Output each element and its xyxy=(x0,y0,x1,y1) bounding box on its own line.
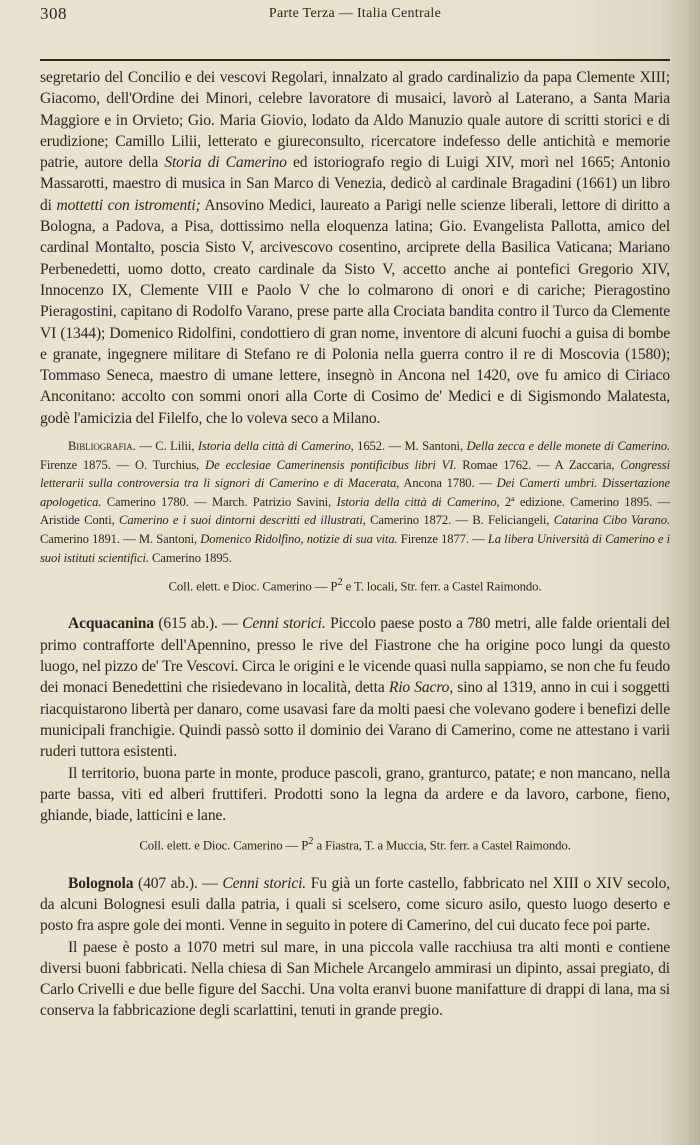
bibliography-label: Bibliografia. xyxy=(68,439,136,453)
spacer xyxy=(40,595,670,613)
electoral-info-camerino: Coll. elett. e Dioc. Camerino — P2 e T. … xyxy=(40,574,670,595)
text-run: Camerino 1891. — M. Santoni, xyxy=(40,532,200,546)
entry-acquacanina: Acquacanina (615 ab.). — Cenni storici. … xyxy=(40,613,670,762)
text-run: e T. locali, Str. ferr. a Castel Raimond… xyxy=(343,579,542,593)
citation-title: Istoria della città di Camerino xyxy=(336,495,496,509)
text-run: Coll. elett. e Dioc. Camerino — P xyxy=(139,839,308,853)
text-run: Camerino 1895. xyxy=(149,551,232,565)
bibliography: Bibliografia. — C. Lilii, Istoria della … xyxy=(40,437,670,567)
entry-heading: Acquacanina xyxy=(68,615,154,632)
section-label: Cenni storici. xyxy=(222,875,306,892)
text-run: Romae 1762. — A Zaccaria, xyxy=(456,458,620,472)
running-title: Parte Terza — Italia Centrale xyxy=(40,6,670,22)
text-run: (615 ab.). — xyxy=(154,615,242,632)
paragraph-notable-people: segretario del Concilio e dei vescovi Re… xyxy=(40,67,670,429)
text-run: a Fiastra, T. a Muccia, Str. ferr. a Cas… xyxy=(313,839,570,853)
text-run: — C. Lilii, xyxy=(136,439,198,453)
section-label: Cenni storici. xyxy=(242,615,326,632)
bolognola-description: Il paese è posto a 1070 metri sul mare, … xyxy=(40,937,670,1022)
text-run: , Ancona 1780. — xyxy=(396,476,496,490)
text-run: , Camerino 1872. — B. Feliciangeli, xyxy=(363,513,554,527)
citation-title: Istoria della città di Camerino xyxy=(198,439,351,453)
citation-title: De ecclesiae Camerinensis pontificibus l… xyxy=(205,458,456,472)
text-run: Firenze 1875. — O. Turchius, xyxy=(40,458,205,472)
italic-title: Storia di Camerino xyxy=(164,154,286,171)
italic-title: mottetti con istromenti; xyxy=(57,197,201,214)
citation-title: Camerino e i suoi dintorni descritti ed … xyxy=(119,513,363,527)
text-run: Firenze 1877. — xyxy=(398,532,488,546)
citation-title: Della zecca e delle monete di Camerino. xyxy=(467,439,670,453)
text-run: (407 ab.). — xyxy=(133,875,222,892)
electoral-info-acquacanina: Coll. elett. e Dioc. Camerino — P2 a Fia… xyxy=(40,833,670,854)
entry-bolognola: Bolognola (407 ab.). — Cenni storici. Fu… xyxy=(40,873,670,937)
text-run: Camerino 1780. — March. Patrizio Savini, xyxy=(101,495,336,509)
spacer xyxy=(40,855,670,873)
place-name: Rio Sacro xyxy=(389,679,449,696)
header-rule xyxy=(40,59,670,61)
page-header: 308 Parte Terza — Italia Centrale xyxy=(40,4,670,26)
text-run: Coll. elett. e Dioc. Camerino — P xyxy=(169,579,338,593)
text-run: , 1652. — M. Santoni, xyxy=(351,439,467,453)
acquacanina-territory: Il territorio, buona parte in monte, pro… xyxy=(40,763,670,827)
page-body: segretario del Concilio e dei vescovi Re… xyxy=(40,67,670,1022)
citation-title: Domenico Ridolfino, notizie di sua vita. xyxy=(200,532,397,546)
text-run: Ansovino Medici, laureato a Parigi nelle… xyxy=(40,197,670,427)
citation-title: Catarina Cibo Varano. xyxy=(554,513,670,527)
entry-heading: Bolognola xyxy=(68,875,133,892)
